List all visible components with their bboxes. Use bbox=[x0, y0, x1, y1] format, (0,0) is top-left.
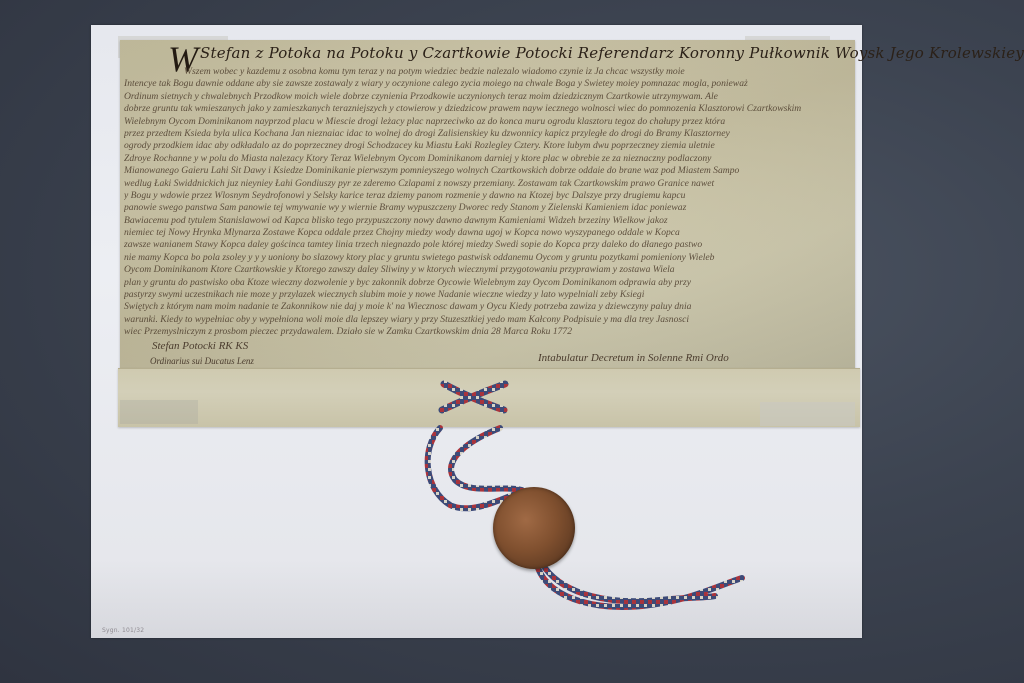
body-line: Wszem wobec y kazdemu z osobna komu tym … bbox=[124, 66, 852, 78]
body-line: plan y gruntu do pastwisko oba Ktoze wie… bbox=[124, 277, 852, 289]
body-line: warunki. Kiedy to wypełniac oby y wypełn… bbox=[124, 314, 852, 326]
body-line: Bawiacemu pod tytulem Stanislawowi od Ka… bbox=[124, 215, 852, 227]
body-line: Zdroye Rochanne y w polu do Miasta nalez… bbox=[124, 153, 852, 165]
mounting-tape bbox=[760, 402, 855, 426]
document-body: Wszem wobec y kazdemu z osobna komu tym … bbox=[124, 66, 852, 339]
document-heading: Stefan z Potoka na Potoku y Czartkowie P… bbox=[200, 44, 890, 62]
body-line: dobrze gruntu tak wmieszanych jako y zam… bbox=[124, 103, 852, 115]
body-line: Oycom Dominikanom Ktore Czartkowskie y K… bbox=[124, 264, 852, 276]
body-line: Ordinum sietnych y chwalebnych Przodkow … bbox=[124, 91, 852, 103]
body-line: panowie swego panstwa Sam panowie tej wm… bbox=[124, 202, 852, 214]
body-line: niemiec tej Nowy Hrynka Mlynarza Zostawe… bbox=[124, 227, 852, 239]
intabulation-note: Intabulatur Decretum in Solenne Rmi Ordo bbox=[538, 352, 729, 364]
body-line: ogrody przodkiem idac aby odkładalo az d… bbox=[124, 140, 852, 152]
catalog-label: Sygn. 101/32 bbox=[102, 627, 144, 634]
body-line: wedlug Łaki Swiddnickich juz nieyniey Ła… bbox=[124, 178, 852, 190]
signature-potocki: Stefan Potocki RK KS bbox=[152, 340, 248, 352]
body-line: wiec Przemyslniczym z prosbom pieczec pr… bbox=[124, 326, 852, 338]
backing-shade bbox=[91, 560, 862, 638]
body-line: Intencye tak Bogu dawnie oddane aby sie … bbox=[124, 78, 852, 90]
body-line: Swiętych z którym nam moim nadanie te Za… bbox=[124, 301, 852, 313]
plica-fold bbox=[118, 368, 860, 427]
body-line: Wielebnym Oycom Dominikanom nayprzod pla… bbox=[124, 116, 852, 128]
body-line: pastyrzy swymi uczestnikach nie moze y p… bbox=[124, 289, 852, 301]
signature-notation: Ordinarius sui Ducatus Lenz bbox=[150, 356, 254, 366]
wax-seal bbox=[493, 487, 575, 569]
body-line: y Bogu y wdowie przez Wlosnym Seydrofono… bbox=[124, 190, 852, 202]
mounting-tape bbox=[120, 400, 198, 424]
body-line: przez przedtem Ksieda byla ulica Kochana… bbox=[124, 128, 852, 140]
body-line: nie mamy Kopca bo pola zsoley y y y uoni… bbox=[124, 252, 852, 264]
body-line: zawsze wanianem Stawy Kopca daley gościn… bbox=[124, 239, 852, 251]
body-line: Mianowanego Gaieru Lahi Sit Dawy i Ksied… bbox=[124, 165, 852, 177]
